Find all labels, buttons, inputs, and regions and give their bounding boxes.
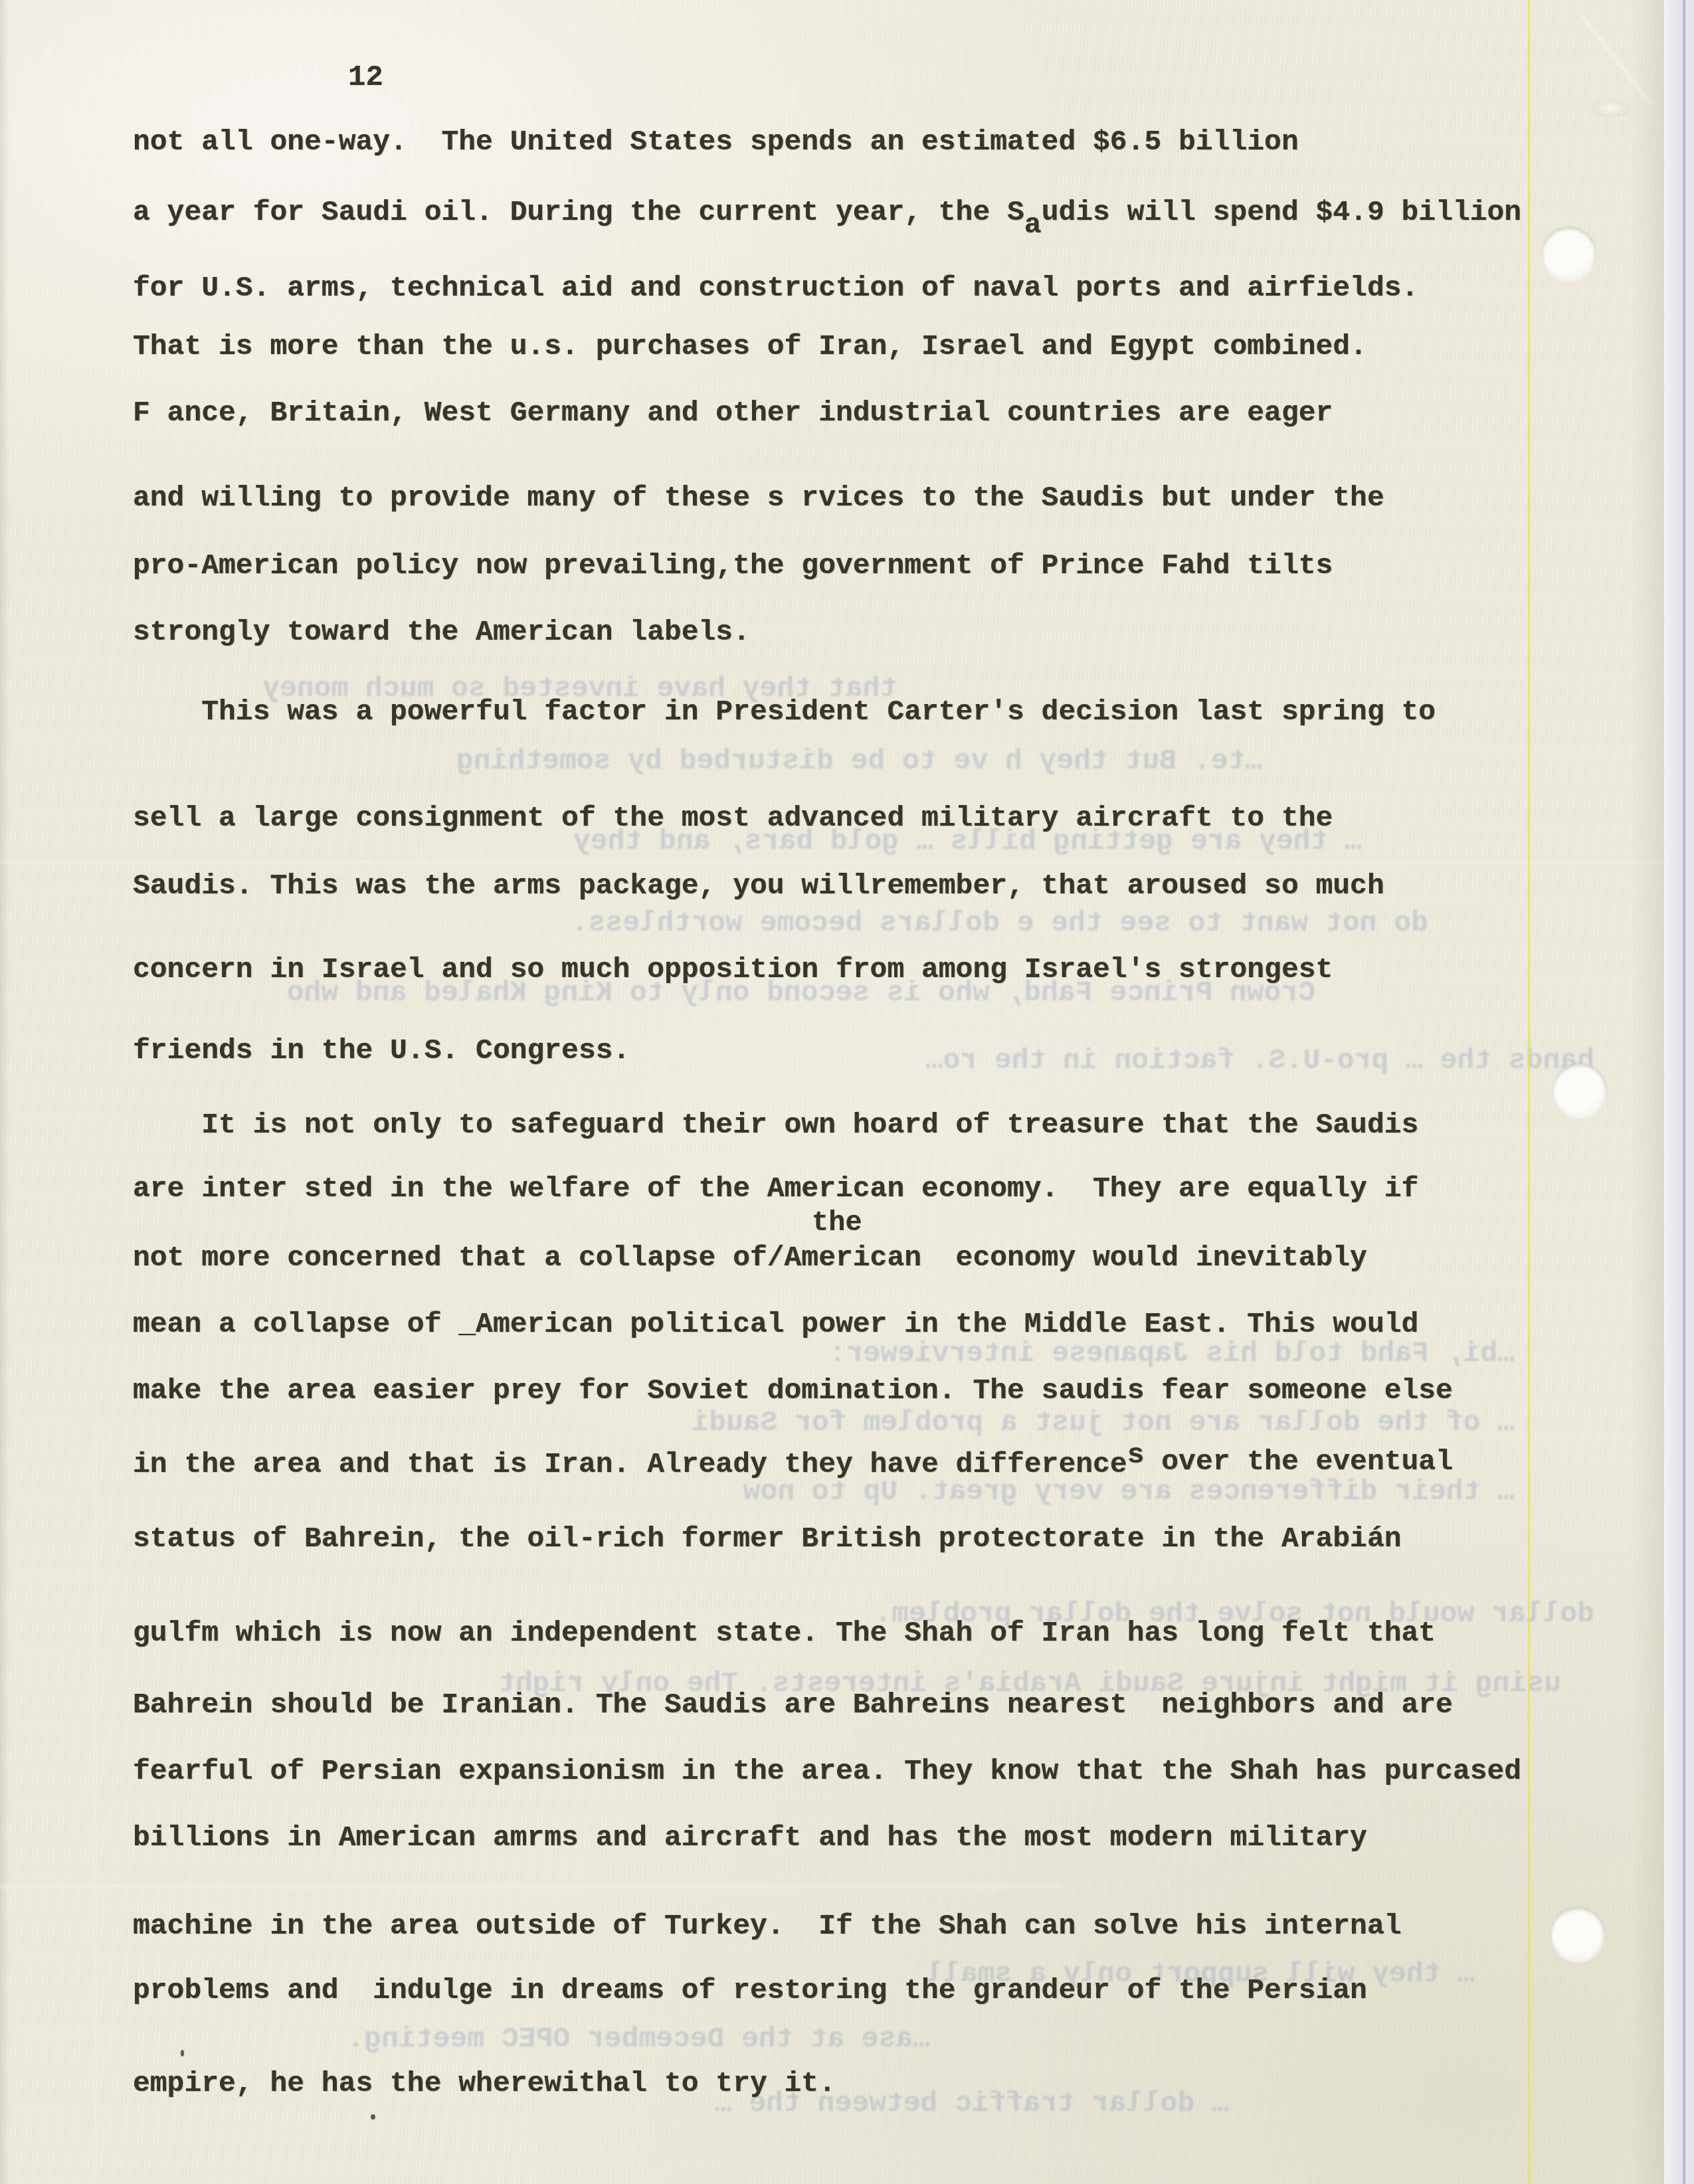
typed-segment: s	[1127, 1439, 1145, 1471]
typed-segment: udis will spend $4.9 billion	[1042, 196, 1522, 228]
typed-line: are inter sted in the welfare of the Ame…	[133, 1174, 1418, 1203]
typed-line: not all one-way. The United States spend…	[133, 128, 1299, 156]
typed-line: Bahrein should be Iranian. The Saudis ar…	[133, 1690, 1453, 1719]
typed-line: make the area easier prey for Soviet dom…	[133, 1376, 1453, 1405]
typed-line: fearful of Persian expansionism in the a…	[133, 1757, 1521, 1785]
typed-line: That is more than the u.s. purchases of …	[133, 332, 1367, 361]
typed-line: F ance, Britain, West Germany and other …	[133, 399, 1333, 427]
typed-segment: in the area and that is Iran. Already th…	[133, 1448, 1127, 1481]
bleedthrough-line: …te. But they h ve to be disturbed by so…	[100, 747, 1262, 775]
bleedthrough-line: … of the dollar are not just a problem f…	[213, 1408, 1515, 1437]
typed-segment: a year for Saudi oil. During the current…	[133, 196, 1024, 228]
typed-line: a year for Saudi oil. During the current…	[133, 198, 1521, 227]
typed-line: machine in the area outside of Turkey. I…	[133, 1912, 1402, 1940]
scanned-document: { "document": { "page_number": "12", "in…	[0, 0, 1694, 2184]
typed-line: status of Bahrein, the oil-rich former B…	[133, 1524, 1402, 1553]
typed-line: pro-American policy now prevailing,the g…	[133, 551, 1333, 580]
stray-ink-mark	[181, 2050, 184, 2056]
typed-line: and willing to provide many of these s r…	[133, 484, 1384, 512]
typed-line: concern in Israel and so much opposition…	[133, 955, 1333, 984]
typed-line: friends in the U.S. Congress.	[133, 1036, 630, 1065]
typed-segment: over the eventual	[1144, 1445, 1452, 1478]
typed-line: strongly toward the American labels.	[133, 618, 750, 646]
typed-line: problems and indulge in dreams of restor…	[133, 1976, 1367, 2005]
typed-line: for U.S. arms, technical aid and constru…	[133, 274, 1418, 302]
page-number: 12	[348, 61, 383, 94]
bleedthrough-line: …ase at the December OPEC meeting.	[199, 2025, 930, 2053]
paper-left-edge-shade	[0, 0, 9, 2184]
punch-hole	[1553, 1064, 1606, 1117]
paper-crease	[0, 861, 1664, 863]
bleedthrough-line: … their differences are very great. Up t…	[213, 1477, 1515, 1506]
typed-line: empire, he has the wherewithal to try it…	[133, 2069, 836, 2098]
paper-sheet: 12 that they have invested so much money…	[0, 0, 1664, 2184]
scanner-edge-strip	[1664, 0, 1694, 2184]
typed-line: It is not only to safeguard their own ho…	[133, 1111, 1418, 1139]
typed-segment: a	[1024, 209, 1042, 241]
typed-line: billions in American amrms and aircraft …	[133, 1823, 1367, 1852]
bleedthrough-line: …bi, Fahd told his Japanese interviewer:	[213, 1339, 1515, 1368]
typed-line: This was a powerful factor in President …	[133, 697, 1436, 726]
vertical-yellow-scan-line	[1528, 0, 1530, 2184]
paper-right-edge-shade	[1631, 0, 1664, 2184]
typed-line: not more concerned that a collapse of/Am…	[133, 1243, 1367, 1272]
typed-line: mean a collapse of _American political p…	[133, 1310, 1418, 1338]
scanner-edge-purple-line	[1683, 0, 1685, 2184]
bleedthrough-line: do not want to see the e dollars become …	[166, 909, 1428, 937]
typed-line: in the area and that is Iran. Already th…	[133, 1450, 1453, 1479]
bleedthrough-line: hands the … pro-U.S. faction in the ro…	[465, 1046, 1594, 1075]
typed-line: sell a large consignment of the most adv…	[133, 804, 1333, 832]
paper-crease	[0, 1885, 1063, 1887]
paper-crease	[1591, 100, 1631, 117]
punch-hole	[1543, 227, 1596, 280]
punch-hole	[1551, 1908, 1604, 1961]
paper-crease	[94, 1428, 96, 2179]
inserted-word: the	[812, 1209, 862, 1237]
typed-line: gulfm which is now an independent state.…	[133, 1619, 1436, 1647]
typed-line: Saudis. This was the arms package, you w…	[133, 871, 1384, 900]
stray-ink-mark	[371, 2114, 375, 2120]
